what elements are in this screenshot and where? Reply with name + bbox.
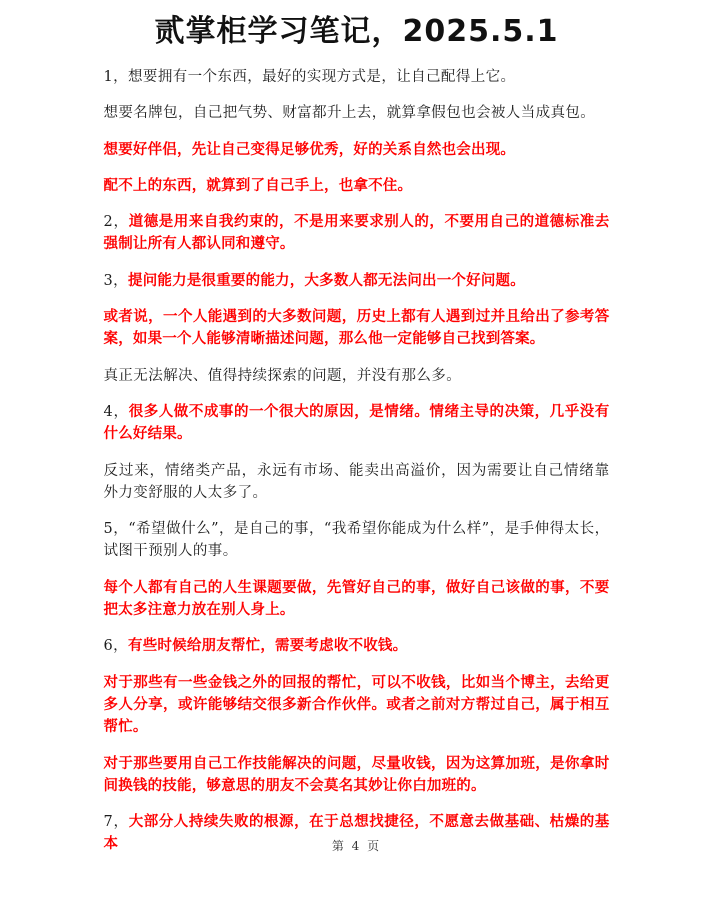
paragraph-number: 2， [104, 214, 129, 230]
paragraph-text: 每个人都有自己的人生课题要做，先管好自己的事，做好自己该做的事，不要把太多注意力… [104, 580, 610, 618]
paragraph: 真正无法解决、值得持续探索的问题，并没有那么多。 [104, 365, 610, 387]
document-page: 贰掌柜学习笔记，2025.5.1 1，想要拥有一个东西，最好的实现方式是，让自己… [0, 0, 713, 909]
paragraph: 对于那些有一些金钱之外的回报的帮忙，可以不收钱，比如当个博主，去给更多人分享，或… [104, 672, 610, 739]
paragraph-text: 道德是用来自我约束的，不是用来要求别人的，不要用自己的道德标准去强制让所有人都认… [104, 214, 610, 252]
paragraph-text: 真正无法解决、值得持续探索的问题，并没有那么多。 [104, 368, 462, 384]
paragraph-number: 1， [104, 69, 129, 85]
paragraph-text: “希望做什么”，是自己的事，“我希望你能成为什么样”，是手伸得太长，试图干预别人… [104, 521, 610, 559]
paragraph-text: 想要拥有一个东西，最好的实现方式是，让自己配得上它。 [128, 69, 515, 85]
paragraph: 2，道德是用来自我约束的，不是用来要求别人的，不要用自己的道德标准去强制让所有人… [104, 211, 610, 256]
paragraph-number: 4， [104, 404, 129, 420]
paragraph-text: 很多人做不成事的一个很大的原因，是情绪。情绪主导的决策，几乎没有什么好结果。 [104, 404, 610, 442]
document-body: 1，想要拥有一个东西，最好的实现方式是，让自己配得上它。想要名牌包，自己把气势、… [104, 66, 610, 856]
paragraph-text: 想要好伴侣，先让自己变得足够优秀，好的关系自然也会出现。 [104, 142, 516, 158]
paragraph: 配不上的东西，就算到了自己手上，也拿不住。 [104, 175, 610, 197]
paragraph-number: 7， [104, 814, 129, 830]
paragraph-text: 提问能力是很重要的能力，大多数人都无法问出一个好问题。 [128, 273, 525, 289]
paragraph-number: 3， [104, 273, 129, 289]
paragraph: 3，提问能力是很重要的能力，大多数人都无法问出一个好问题。 [104, 270, 610, 292]
paragraph-text: 反过来，情绪类产品，永远有市场、能卖出高溢价，因为需要让自己情绪靠外力变舒服的人… [104, 463, 610, 501]
page-footer: 第 4 页 [0, 837, 713, 854]
paragraph-number: 5， [104, 521, 129, 537]
paragraph-text: 对于那些有一些金钱之外的回报的帮忙，可以不收钱，比如当个博主，去给更多人分享，或… [104, 675, 610, 736]
paragraph: 6，有些时候给朋友帮忙，需要考虑收不收钱。 [104, 635, 610, 657]
page-number: 第 4 页 [332, 839, 381, 853]
paragraph: 对于那些要用自己工作技能解决的问题，尽量收钱，因为这算加班，是你拿时间换钱的技能… [104, 753, 610, 798]
paragraph: 或者说，一个人能遇到的大多数问题，历史上都有人遇到过并且给出了参考答案，如果一个… [104, 306, 610, 351]
paragraph: 每个人都有自己的人生课题要做，先管好自己的事，做好自己该做的事，不要把太多注意力… [104, 577, 610, 622]
paragraph-text: 或者说，一个人能遇到的大多数问题，历史上都有人遇到过并且给出了参考答案，如果一个… [104, 309, 610, 347]
paragraph-text: 对于那些要用自己工作技能解决的问题，尽量收钱，因为这算加班，是你拿时间换钱的技能… [104, 756, 610, 794]
paragraph: 想要好伴侣，先让自己变得足够优秀，好的关系自然也会出现。 [104, 139, 610, 161]
paragraph-number: 6， [104, 638, 129, 654]
document-title: 贰掌柜学习笔记，2025.5.1 [0, 10, 713, 52]
paragraph: 4，很多人做不成事的一个很大的原因，是情绪。情绪主导的决策，几乎没有什么好结果。 [104, 401, 610, 446]
paragraph-text: 有些时候给朋友帮忙，需要考虑收不收钱。 [128, 638, 407, 654]
paragraph: 想要名牌包，自己把气势、财富都升上去，就算拿假包也会被人当成真包。 [104, 102, 610, 124]
paragraph: 1，想要拥有一个东西，最好的实现方式是，让自己配得上它。 [104, 66, 610, 88]
paragraph: 5，“希望做什么”，是自己的事，“我希望你能成为什么样”，是手伸得太长，试图干预… [104, 518, 610, 563]
paragraph: 反过来，情绪类产品，永远有市场、能卖出高溢价，因为需要让自己情绪靠外力变舒服的人… [104, 460, 610, 505]
paragraph-text: 想要名牌包，自己把气势、财富都升上去，就算拿假包也会被人当成真包。 [104, 105, 596, 121]
paragraph-text: 配不上的东西，就算到了自己手上，也拿不住。 [104, 178, 413, 194]
